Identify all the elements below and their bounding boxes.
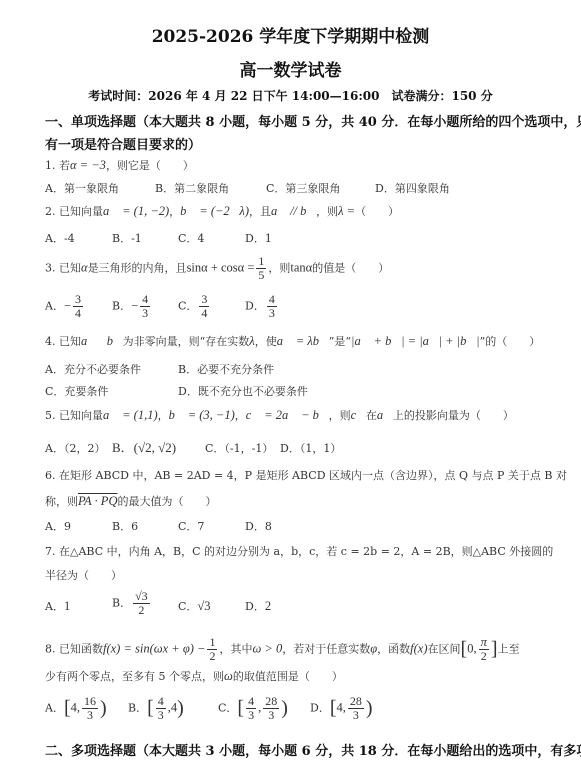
q1-option-c: C．第三象限角 xyxy=(266,180,340,196)
q7-option-a: A．1 xyxy=(45,598,70,614)
q3-option-d: D．43 xyxy=(245,293,279,320)
q4-option-b: B．必要不充分条件 xyxy=(178,361,274,377)
q2-option-d: D．1 xyxy=(245,230,272,246)
q8-option-c: C．[43,283) xyxy=(218,695,288,722)
q5-option-a: A．（2，2） xyxy=(45,440,105,456)
q1-option-d: D．第四象限角 xyxy=(375,180,450,196)
question-7-line1: 7. 在△ABC 中，内角 A，B，C 的对边分别为 a，b，c，若 c = 2… xyxy=(45,543,553,559)
q7-option-b: B．√32 xyxy=(112,590,152,617)
question-6-line1: 6. 在矩形 ABCD 中，AB = 2AD = 4，P 是矩形 ABCD 区域… xyxy=(45,467,567,483)
question-1: 1. 若α = −3，则它是（ ） xyxy=(45,157,194,173)
q3-option-a: A．−34 xyxy=(45,293,85,320)
q2-option-b: B．-1 xyxy=(112,230,142,246)
section1-heading-line2: 有一项是符合题目要求的） xyxy=(45,134,201,153)
q5-option-c: C．（-1，-1） xyxy=(205,440,273,456)
q8-option-b: B．[43,4) xyxy=(128,695,184,722)
section1-heading-line1: 一、单项选择题（本大题共 8 小题，每小题 5 分，共 40 分．在每小题所给的… xyxy=(45,111,581,130)
question-6-line2: 称，则PA · PQ的最大值为（ ） xyxy=(45,493,216,509)
exam-info: 考试时间：2026 年 4 月 22 日下午 14:00—16:00 试卷满分：… xyxy=(0,87,581,104)
question-number: 1. xyxy=(45,159,56,172)
fraction: 15 xyxy=(256,255,266,282)
q4-option-c: C．充要条件 xyxy=(45,383,108,399)
q6-option-d: D．8 xyxy=(245,518,272,534)
section2-heading-line1: 二、多项选择题（本大题共 3 小题，每小题 6 分，共 18 分．在每小题给出的… xyxy=(45,740,581,759)
q1-option-b: B．第二象限角 xyxy=(155,180,229,196)
q2-option-a: A．-4 xyxy=(45,230,75,246)
q6-option-c: C．7 xyxy=(178,518,204,534)
exam-title: 2025-2026 学年度下学期期中检测 xyxy=(0,22,581,47)
q5-option-d: D．（1，1） xyxy=(280,440,341,456)
q5-option-b: B．(√2, √2) xyxy=(112,437,176,456)
q8-option-d: D．[4,283) xyxy=(310,695,373,722)
q7-option-c: C．√3 xyxy=(178,598,211,614)
q4-option-a: A．充分不必要条件 xyxy=(45,361,141,377)
q2-option-c: C．4 xyxy=(178,230,204,246)
question-7-line2: 半径为（ ） xyxy=(45,567,122,583)
question-2: 2. 已知向量a⃗ = (1, −2)，b⃗ = (−2，λ)，且a⃗ // b… xyxy=(45,203,399,219)
q1-option-a: A．第一象限角 xyxy=(45,180,119,196)
q3-option-b: B．−43 xyxy=(112,293,152,320)
question-3: 3. 已知α是三角形的内角，且sinα + cosα =15，则tanα的值是（… xyxy=(45,255,389,282)
q6-option-b: B．6 xyxy=(112,518,138,534)
question-5: 5. 已知向量a⃗ = (1,1)，b⃗ = (3, −1)，c⃗ = 2a⃗ … xyxy=(45,407,514,423)
fraction: 12 xyxy=(207,636,217,663)
q8-option-a: A．[4,163) xyxy=(45,695,107,722)
question-4: 4. 已知a⃗，b⃗为非零向量，则“存在实数λ，使a⃗ = λb⃗”是“|a⃗ … xyxy=(45,333,540,349)
q7-option-d: D．2 xyxy=(245,598,271,614)
question-8-line1: 8. 已知函数f(x) = sin(ωx + φ) −12，其中ω > 0，若对… xyxy=(45,636,520,663)
question-8-line2: 少有两个零点，至多有 5 个零点，则ω的取值范围是（ ） xyxy=(45,668,343,684)
q6-option-a: A．9 xyxy=(45,518,71,534)
exam-subtitle: 高一数学试卷 xyxy=(0,56,581,81)
q4-option-d: D．既不充分也不必要条件 xyxy=(178,383,308,399)
q3-option-c: C．34 xyxy=(178,293,211,320)
